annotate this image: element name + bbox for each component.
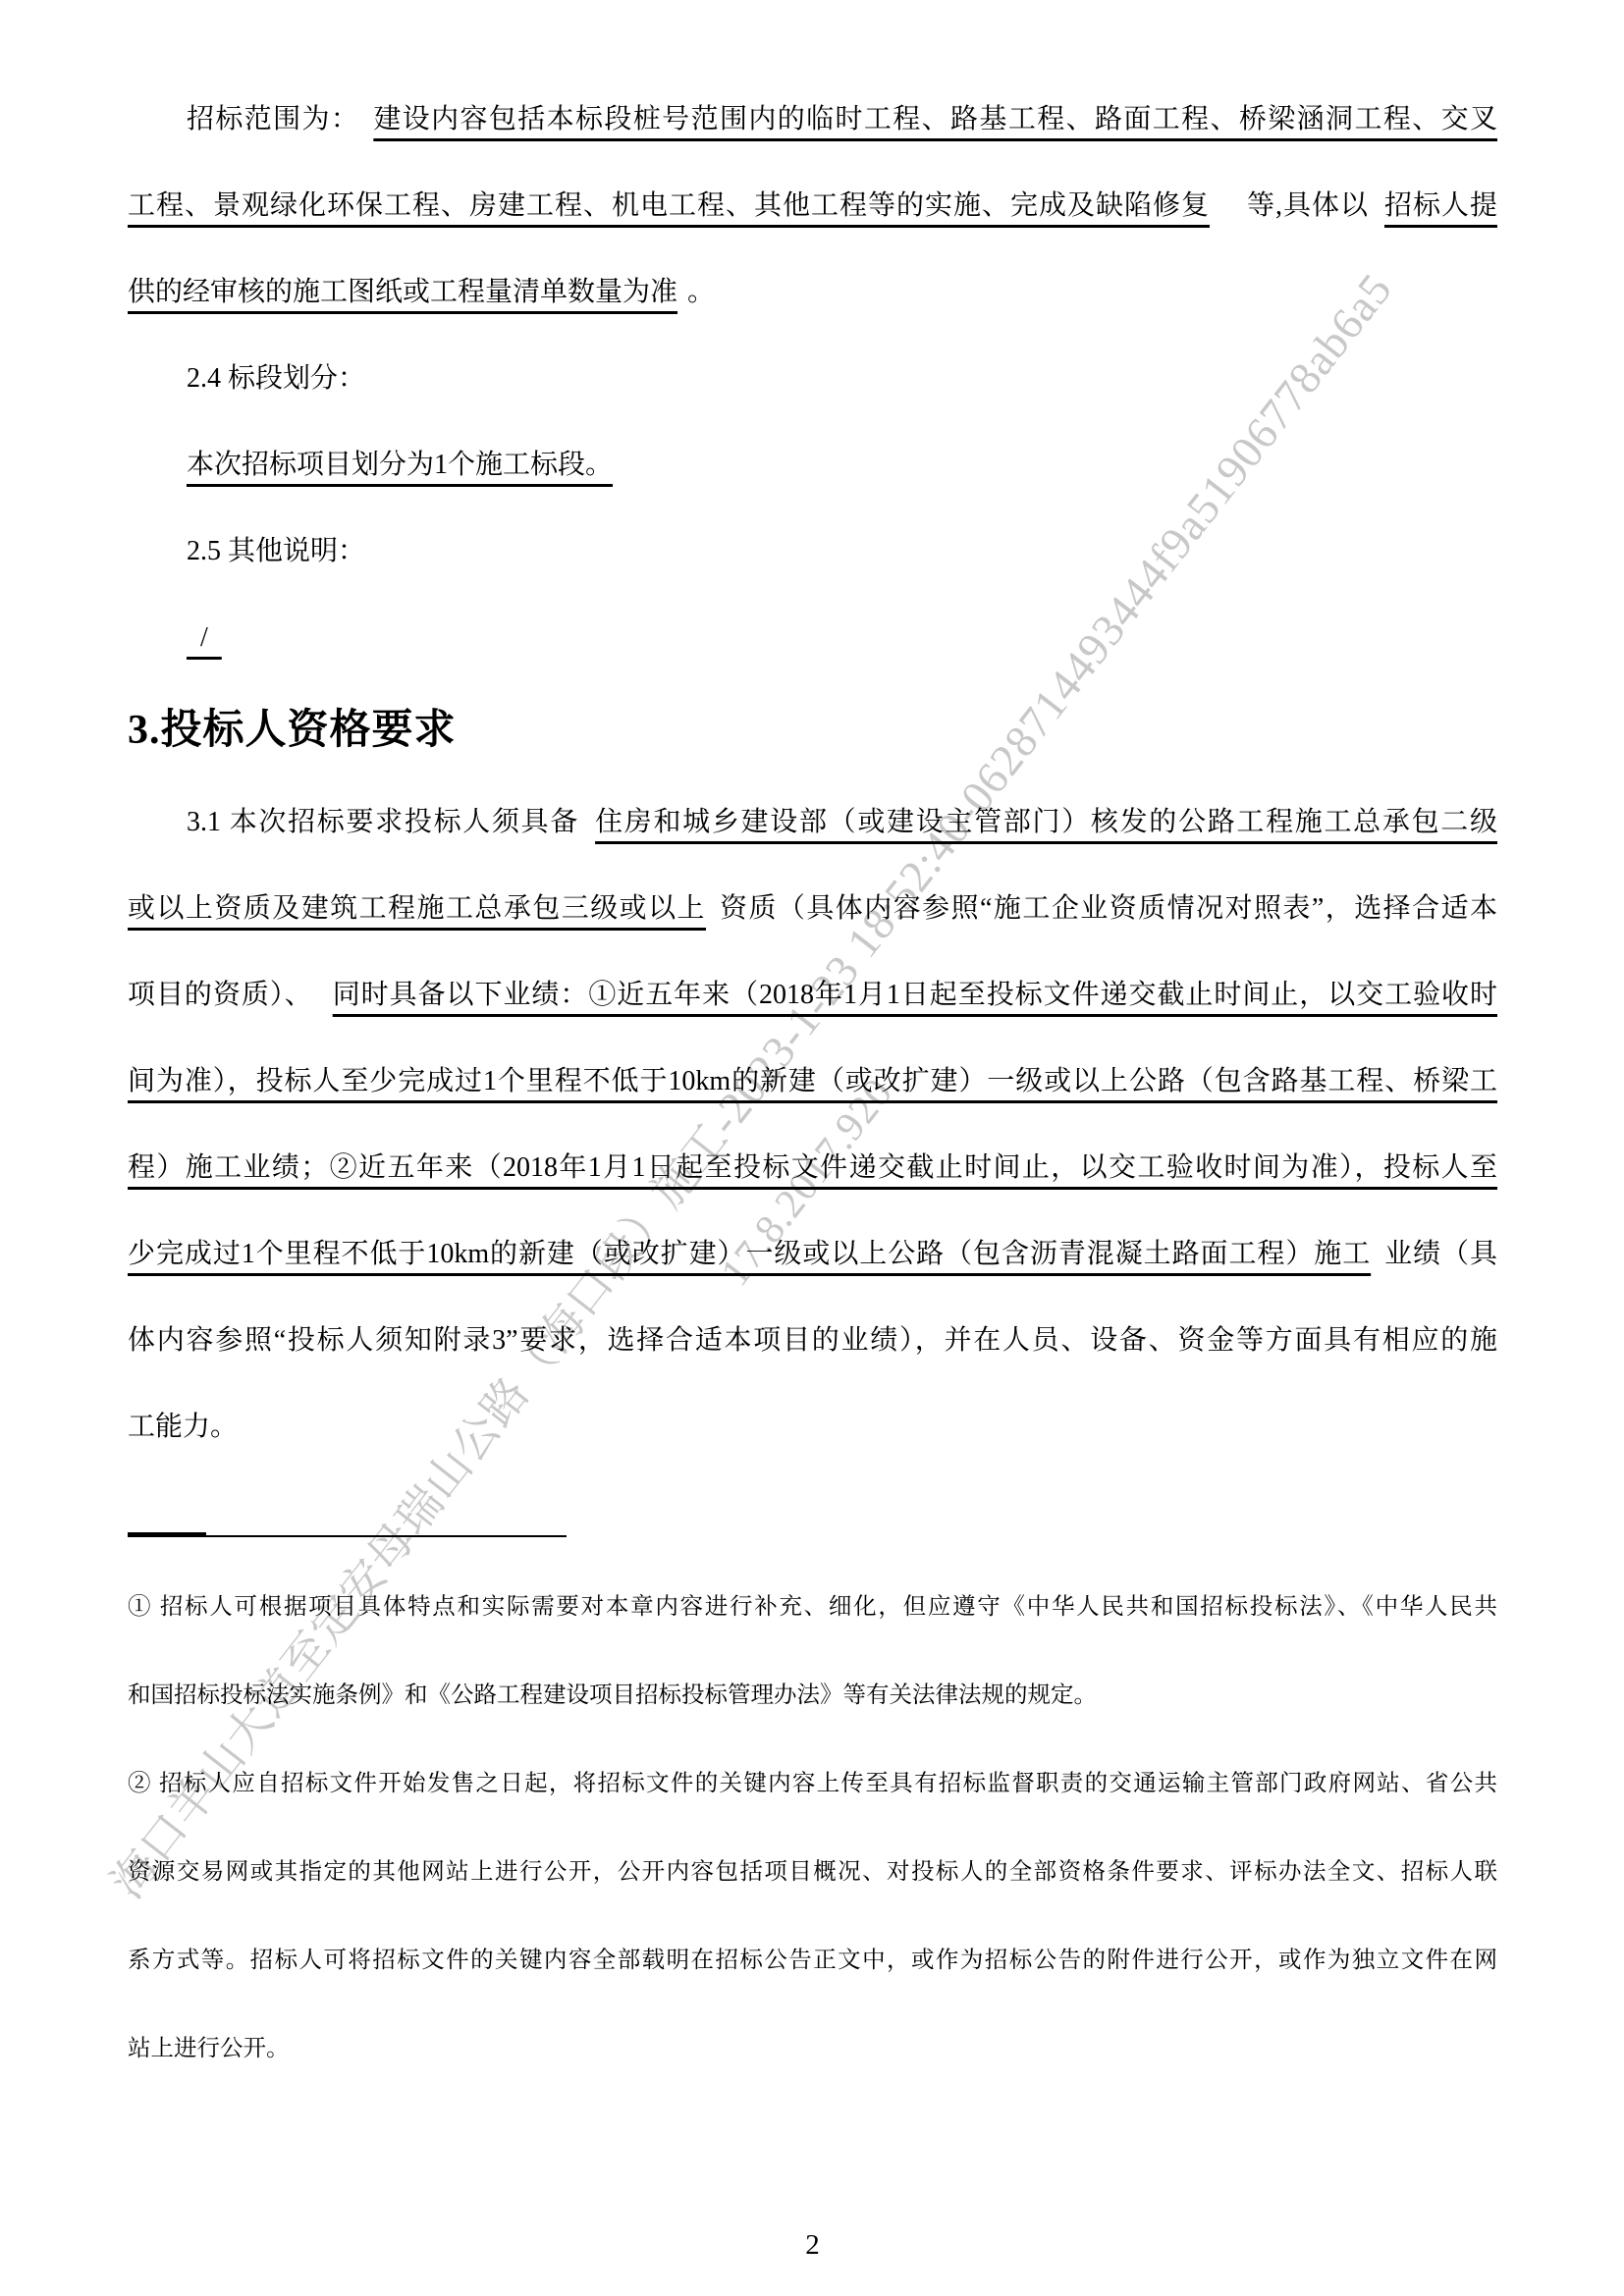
line-scope-1: 招标范围为：建设内容包括本标段桩号范围内的临时工程、路基工程、路面工程、桥梁涵洞… [128, 77, 1497, 163]
text-segment: 站上进行公开。 [128, 2036, 290, 2061]
underlined-blank-text: 程）施工业绩；②近五年来（2018年1月1日起至投标文件递交截止时间止，以交工验… [128, 1152, 1497, 1183]
text-segment: 资质（具体内容参照“施工企业资质情况对照表”，选择合适本 [720, 893, 1497, 924]
footnote-2-line-1: ② 招标人应自招标文件开始发售之日起，将招标文件的关键内容上传至具有招标监督职责… [128, 1739, 1497, 1828]
document-page: 海口羊山大道至定安母瑞山公路（海口段）施工-2023-1-23 18:52:40… [0, 0, 1624, 2296]
text-segment: 2.5 其他说明： [187, 536, 365, 566]
line-3-1-7: 体内容参照“投标人须知附录3”要求，选择合适本项目的业绩），并在人员、设备、资金… [128, 1298, 1497, 1384]
footnote-2-line-3: 系方式等。招标人可将招标文件的关键内容全部载明在招标公告正文中，或作为招标公告的… [128, 1916, 1497, 2004]
underlined-blank-text: 供的经审核的施工图纸或工程量清单数量为准 [128, 277, 677, 307]
text-segment: 。 [687, 277, 715, 307]
text-segment: 3.1 本次招标要求投标人须具备 [187, 807, 579, 837]
underlined-blank-text: 或以上资质及建筑工程施工总承包三级或以上 [128, 893, 706, 924]
underlined-blank-text: 同时具备以下业绩：①近五年来（2018年1月1日起至投标文件递交截止时间止，以交… [333, 980, 1497, 1010]
section-heading-3: 3.投标人资格要求 [128, 681, 1497, 779]
line-3-1-3: 项目的资质）、同时具备以下业绩：①近五年来（2018年1月1日起至投标文件递交截… [128, 952, 1497, 1039]
line-section-2-5: 2.5 其他说明： [128, 508, 1497, 595]
underlined-blank-text: 本次招标项目划分为1个施工标段。 [187, 450, 613, 480]
line-3-1-5: 程）施工业绩；②近五年来（2018年1月1日起至投标文件递交截止时间止，以交工验… [128, 1125, 1497, 1211]
line-section-2-5-answer: / [128, 595, 1497, 681]
footnote-2-line-2: 资源交易网或其指定的其他网站上进行公开，公开内容包括项目概况、对投标人的全部资格… [128, 1828, 1497, 1916]
text-segment: 3.投标人资格要求 [128, 708, 457, 753]
underlined-blank-text: 住房和城乡建设部（或建设主管部门）核发的公路工程施工总承包二级 [595, 807, 1497, 837]
document-body: 招标范围为：建设内容包括本标段桩号范围内的临时工程、路基工程、路面工程、桥梁涵洞… [128, 77, 1497, 1470]
text-segment: 系方式等。招标人可将招标文件的关键内容全部载明在招标公告正文中，或作为招标公告的… [128, 1948, 1497, 1973]
text-segment: 等,具体以 [1247, 190, 1369, 221]
text-segment: 资源交易网或其指定的其他网站上进行公开，公开内容包括项目概况、对投标人的全部资格… [128, 1859, 1497, 1885]
text-segment: 2.4 标段划分： [187, 363, 365, 394]
footnote-1-line-1: ① 招标人可根据项目具体特点和实际需要对本章内容进行补充、细化，但应遵守《中华人… [128, 1563, 1497, 1651]
text-segment: 体内容参照“投标人须知附录3”要求，选择合适本项目的业绩），并在人员、设备、资金… [128, 1325, 1497, 1356]
footnote-1-line-2: 和国招标投标法实施条例》和《公路工程建设项目招标投标管理办法》等有关法律法规的规… [128, 1651, 1497, 1739]
underlined-blank-text: 建设内容包括本标段桩号范围内的临时工程、路基工程、路面工程、桥梁涵洞工程、交叉 [373, 104, 1497, 134]
line-3-1-6: 少完成过1个里程不低于10km的新建（或改扩建）一级或以上公路（包含沥青混凝土路… [128, 1211, 1497, 1298]
line-3-1-2: 或以上资质及建筑工程施工总承包三级或以上资质（具体内容参照“施工企业资质情况对照… [128, 866, 1497, 952]
underlined-blank-text: 少完成过1个里程不低于10km的新建（或改扩建）一级或以上公路（包含沥青混凝土路… [128, 1239, 1371, 1269]
line-scope-3: 供的经审核的施工图纸或工程量清单数量为准。 [128, 249, 1497, 336]
text-segment: 业绩（具 [1384, 1239, 1497, 1269]
line-3-1-4: 间为准），投标人至少完成过1个里程不低于10km的新建（或改扩建）一级或以上公路… [128, 1039, 1497, 1125]
text-segment: 工能力。 [128, 1412, 238, 1442]
underlined-blank-text: 间为准），投标人至少完成过1个里程不低于10km的新建（或改扩建）一级或以上公路… [128, 1066, 1497, 1096]
underlined-blank-text: / [187, 622, 222, 653]
line-section-2-4-answer: 本次招标项目划分为1个施工标段。 [128, 422, 1497, 508]
page-number: 2 [128, 2201, 1497, 2289]
text-segment: 项目的资质）、 [128, 980, 313, 1010]
line-section-2-4: 2.4 标段划分： [128, 336, 1497, 422]
text-segment: 招标范围为： [187, 104, 359, 134]
underlined-blank-text: 工程、景观绿化环保工程、房建工程、机电工程、其他工程等的实施、完成及缺陷修复 [128, 190, 1210, 221]
footnote-2-line-4: 站上进行公开。 [128, 2004, 1497, 2093]
line-3-1-1: 3.1 本次招标要求投标人须具备住房和城乡建设部（或建设主管部门）核发的公路工程… [128, 779, 1497, 866]
text-segment: ② 招标人应自招标文件开始发售之日起，将招标文件的关键内容上传至具有招标监督职责… [128, 1771, 1497, 1796]
line-3-1-8: 工能力。 [128, 1384, 1497, 1470]
page-content: 招标范围为：建设内容包括本标段桩号范围内的临时工程、路基工程、路面工程、桥梁涵洞… [0, 0, 1624, 2289]
text-segment: 和国招标投标法实施条例》和《公路工程建设项目招标投标管理办法》等有关法律法规的规… [128, 1682, 1097, 1708]
text-segment: ① 招标人可根据项目具体特点和实际需要对本章内容进行补充、细化，但应遵守《中华人… [128, 1594, 1497, 1620]
underlined-blank-text: 招标人提 [1384, 190, 1497, 221]
footnote-separator-line [128, 1535, 567, 1537]
line-scope-2: 工程、景观绿化环保工程、房建工程、机电工程、其他工程等的实施、完成及缺陷修复等,… [128, 163, 1497, 249]
footnotes-block: ① 招标人可根据项目具体特点和实际需要对本章内容进行补充、细化，但应遵守《中华人… [128, 1563, 1497, 2093]
